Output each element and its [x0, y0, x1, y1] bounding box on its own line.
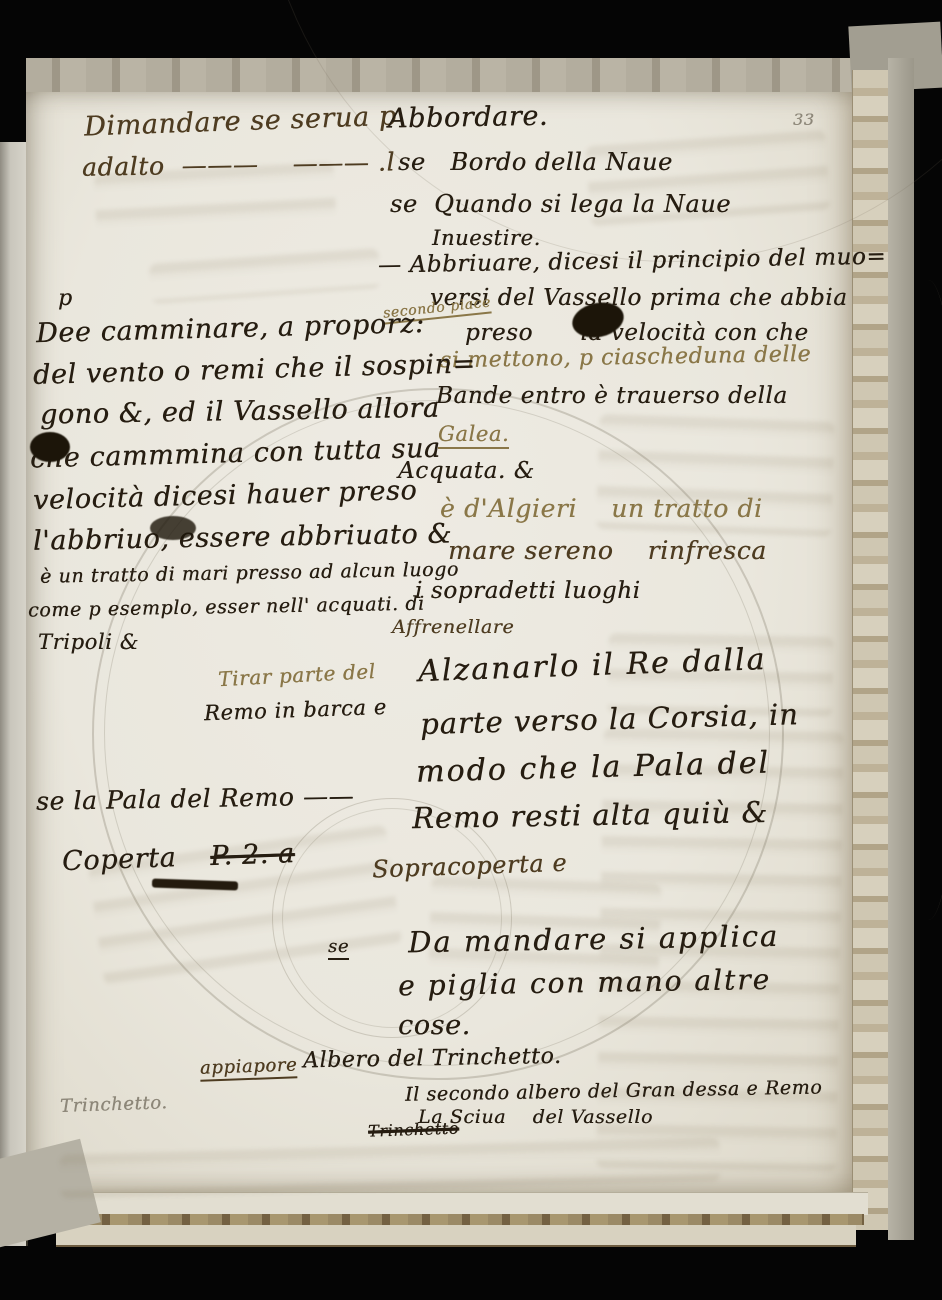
- entry-abbordare-line1: se Bordo della Naue: [398, 148, 673, 176]
- page-stack-lower-edge: [56, 1225, 856, 1247]
- entry-albero-title: Albero del Trinchetto.: [303, 1044, 562, 1074]
- entry-dee-flourish: p: [58, 286, 73, 311]
- book-gutter-edge: [0, 142, 28, 1246]
- entry-abbrivare-line6: Galea.: [438, 422, 509, 449]
- entry-acquata-line2: mare sereno rinfresca: [448, 536, 767, 565]
- entry-dimandare-line2: adalto ——— ——— .l: [82, 147, 396, 181]
- coperta-label: Coperta: [62, 842, 177, 877]
- entry-mandare-line2: e piglia con mano altre: [398, 963, 772, 1003]
- entry-abbordare-title: Abbordare.: [388, 101, 549, 135]
- coperta-struck-text: P. 2. a: [210, 838, 296, 872]
- entry-appiapore: appiapore: [200, 1054, 298, 1081]
- entry-abbrivare-line2: versi del Vassello prima che abbia: [430, 285, 848, 311]
- entry-trinchetto-label: Trinchetto.: [60, 1092, 168, 1117]
- entry-alzanarlo-line4: Remo resti alta quiù &: [412, 795, 769, 835]
- entry-abbrivare-line5: Bande entro è trauerso della: [436, 383, 788, 409]
- page-stack-grime-line: [48, 1214, 864, 1225]
- entry-mandare-margin: se: [328, 936, 349, 960]
- page-number: 33: [793, 110, 815, 129]
- ink-blot-2: [30, 432, 70, 462]
- entry-mandare-line1: Da mandare si applica: [408, 919, 780, 959]
- entry-tratto-line3: Tripoli &: [38, 630, 139, 654]
- manuscript-photo: 33 Dimandare se serua p adalto ——— ——— .…: [0, 0, 942, 1300]
- entry-acquata-line3: i sopradetti luoghi: [415, 578, 641, 604]
- entry-abbordare-line3: Inuestire.: [432, 226, 541, 250]
- entry-acquata-title: Acquata. &: [398, 458, 535, 484]
- entry-acquata-line1: è d'Algieri un tratto di: [440, 494, 763, 523]
- entry-abbordare-line2: se Quando si lega la Naue: [390, 190, 731, 218]
- entry-pala-line: se la Pala del Remo ——: [36, 781, 355, 816]
- entry-affrenellare-title: Affrenellare: [392, 616, 514, 638]
- entry-albero-struck: Trinchetto: [368, 1118, 460, 1140]
- entry-mandare-line3: cose.: [398, 1010, 471, 1041]
- ink-blot-3: [150, 516, 196, 540]
